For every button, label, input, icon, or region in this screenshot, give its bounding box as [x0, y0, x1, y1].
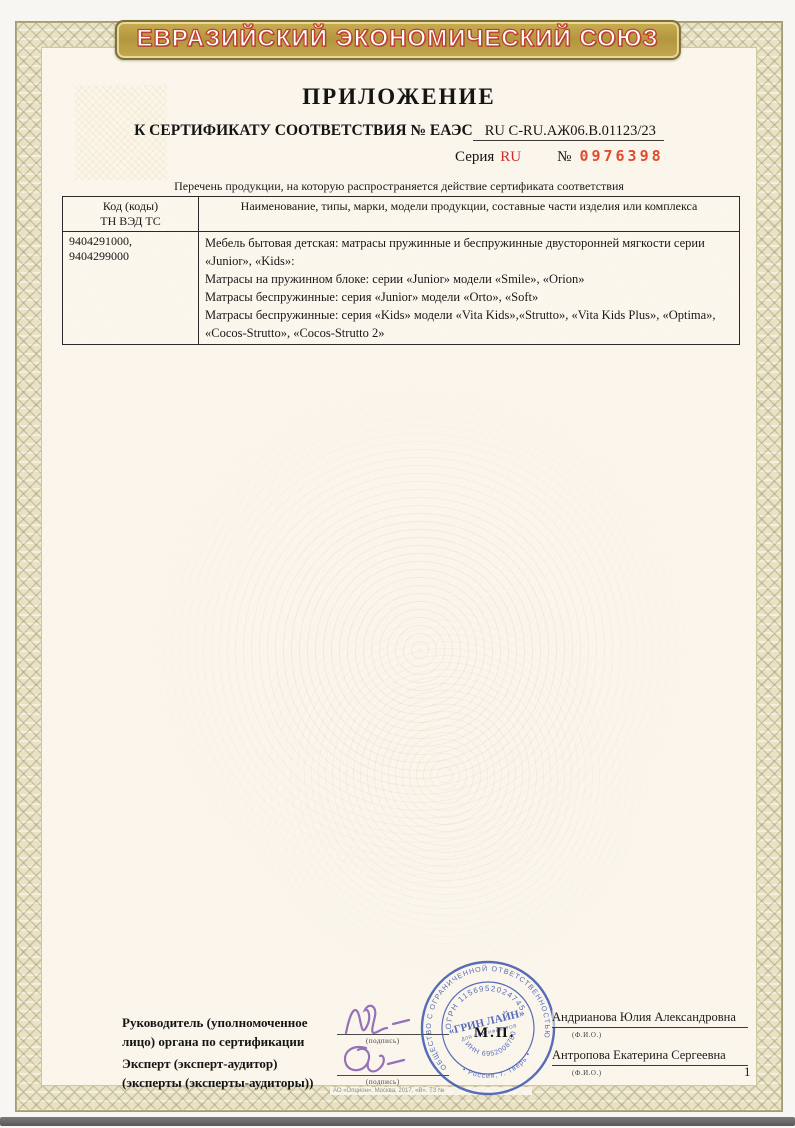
page-title: ПРИЛОЖЕНИЕ [42, 84, 756, 110]
product-description-cell: Мебель бытовая детская: матрасы пружинны… [199, 232, 739, 344]
product-line: Матрасы беспружинные: серия «Junior» мод… [205, 288, 733, 306]
head-role-label: Руководитель (уполномоченное лицо) орган… [122, 1014, 354, 1052]
product-line: Мебель бытовая детская: матрасы пружинны… [205, 234, 733, 270]
page-number: 1 [744, 1064, 751, 1080]
scanned-certificate-page: ЕВРАЗИЙСКИЙ ЭКОНОМИЧЕСКИЙ СОЮЗ ПРИЛОЖЕНИ… [0, 0, 795, 1128]
eaeu-banner-label: ЕВРАЗИЙСКИЙ ЭКОНОМИЧЕСКИЙ СОЮЗ [136, 25, 658, 52]
expert-name: Антропова Екатерина Сергеевна [552, 1048, 748, 1066]
products-table: Код (коды) ТН ВЭД ТС Наименование, типы,… [62, 196, 740, 345]
head-name: Андрианова Юлия Александровна [552, 1010, 748, 1028]
scan-edge-bar [0, 1117, 795, 1126]
code-cell: 9404291000, 9404299000 [63, 232, 199, 344]
fio-caption: (Ф.И.О.) [572, 1031, 602, 1039]
number-sign: № [557, 149, 571, 165]
table-header-name: Наименование, типы, марки, модели продук… [199, 197, 739, 232]
blank-serial-number: 0976398 [579, 147, 663, 165]
table-header-code: Код (коды) ТН ВЭД ТС [63, 197, 199, 232]
certificate-reference-line: К СЕРТИФИКАТУ СООТВЕТСТВИЯ № ЕАЭСRU C-RU… [42, 122, 756, 140]
series-label: Серия [455, 149, 494, 165]
expert-role-label: Эксперт (эксперт-аудитор) (эксперты (экс… [122, 1055, 354, 1093]
product-line: Матрасы беспружинные: серия «Kids» модел… [205, 306, 733, 342]
product-line: Матрасы на пружинном блоке: серии «Junio… [205, 270, 733, 288]
eaeu-header-banner: ЕВРАЗИЙСКИЙ ЭКОНОМИЧЕСКИЙ СОЮЗ [114, 20, 680, 60]
products-list-caption: Перечень продукции, на которую распростр… [42, 179, 756, 194]
certificate-reference-label: К СЕРТИФИКАТУ СООТВЕТСТВИЯ № ЕАЭС [134, 122, 473, 139]
series-value: RU [500, 149, 521, 165]
fio-caption: (Ф.И.О.) [572, 1069, 602, 1077]
certificate-number: RU C-RU.АЖ06.В.01123/23 [473, 123, 664, 141]
mp-seal-mark: М.П. [474, 1025, 515, 1042]
signature-caption: (подпись) [366, 1078, 400, 1086]
blank-series-line: СерияRU№0976398 [455, 147, 664, 166]
